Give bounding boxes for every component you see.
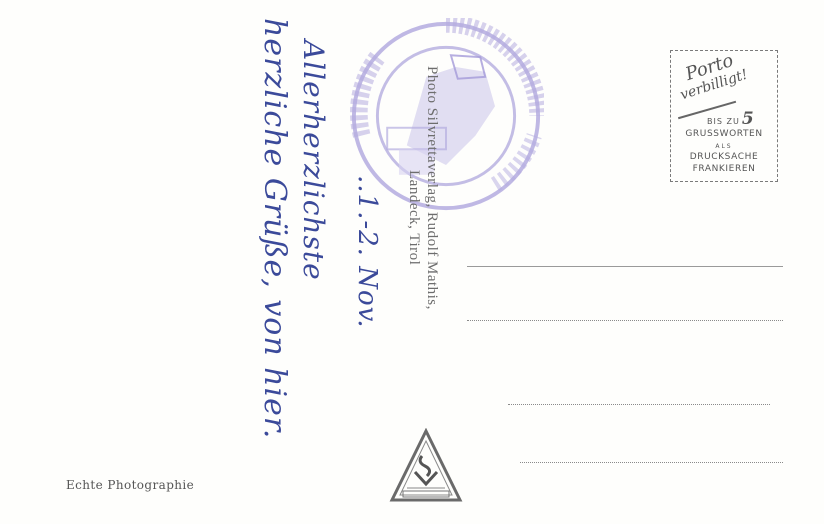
address-line — [508, 404, 770, 405]
postage-line: DRUCKSACHE — [671, 152, 777, 162]
handwriting-line: herzliche Grüße, von hier. — [257, 18, 292, 439]
publisher-location: Landeck, Tirol — [405, 170, 422, 265]
postage-line: FRANKIEREN — [671, 164, 777, 174]
publisher-logo — [389, 428, 463, 504]
address-line — [467, 266, 783, 267]
publisher-imprint: Photo Silvrettaverlag, Rudolf Mathis, — [423, 66, 440, 310]
bis-number: 5 — [742, 109, 755, 129]
postage-line: GRUSSWORTEN — [671, 129, 777, 139]
postage-box: Porto verbilligt! BIS ZU5 GRUSSWORTEN AL… — [670, 50, 778, 182]
postage-line: ALS — [671, 143, 777, 150]
photo-caption: Echte Photographie — [66, 478, 194, 492]
triangle-logo-icon — [389, 428, 463, 504]
bis-text: BIS ZU — [707, 117, 740, 126]
postcard-back: herzliche Grüße, von hier. Allerherzlich… — [0, 0, 824, 524]
handwriting-line: ..1.-2. Nov. — [352, 175, 382, 328]
handwriting-line: Allerherzlichste — [297, 40, 330, 281]
address-line — [467, 320, 783, 321]
address-line — [520, 462, 783, 463]
bis-zu-label: BIS ZU5 — [707, 109, 755, 129]
